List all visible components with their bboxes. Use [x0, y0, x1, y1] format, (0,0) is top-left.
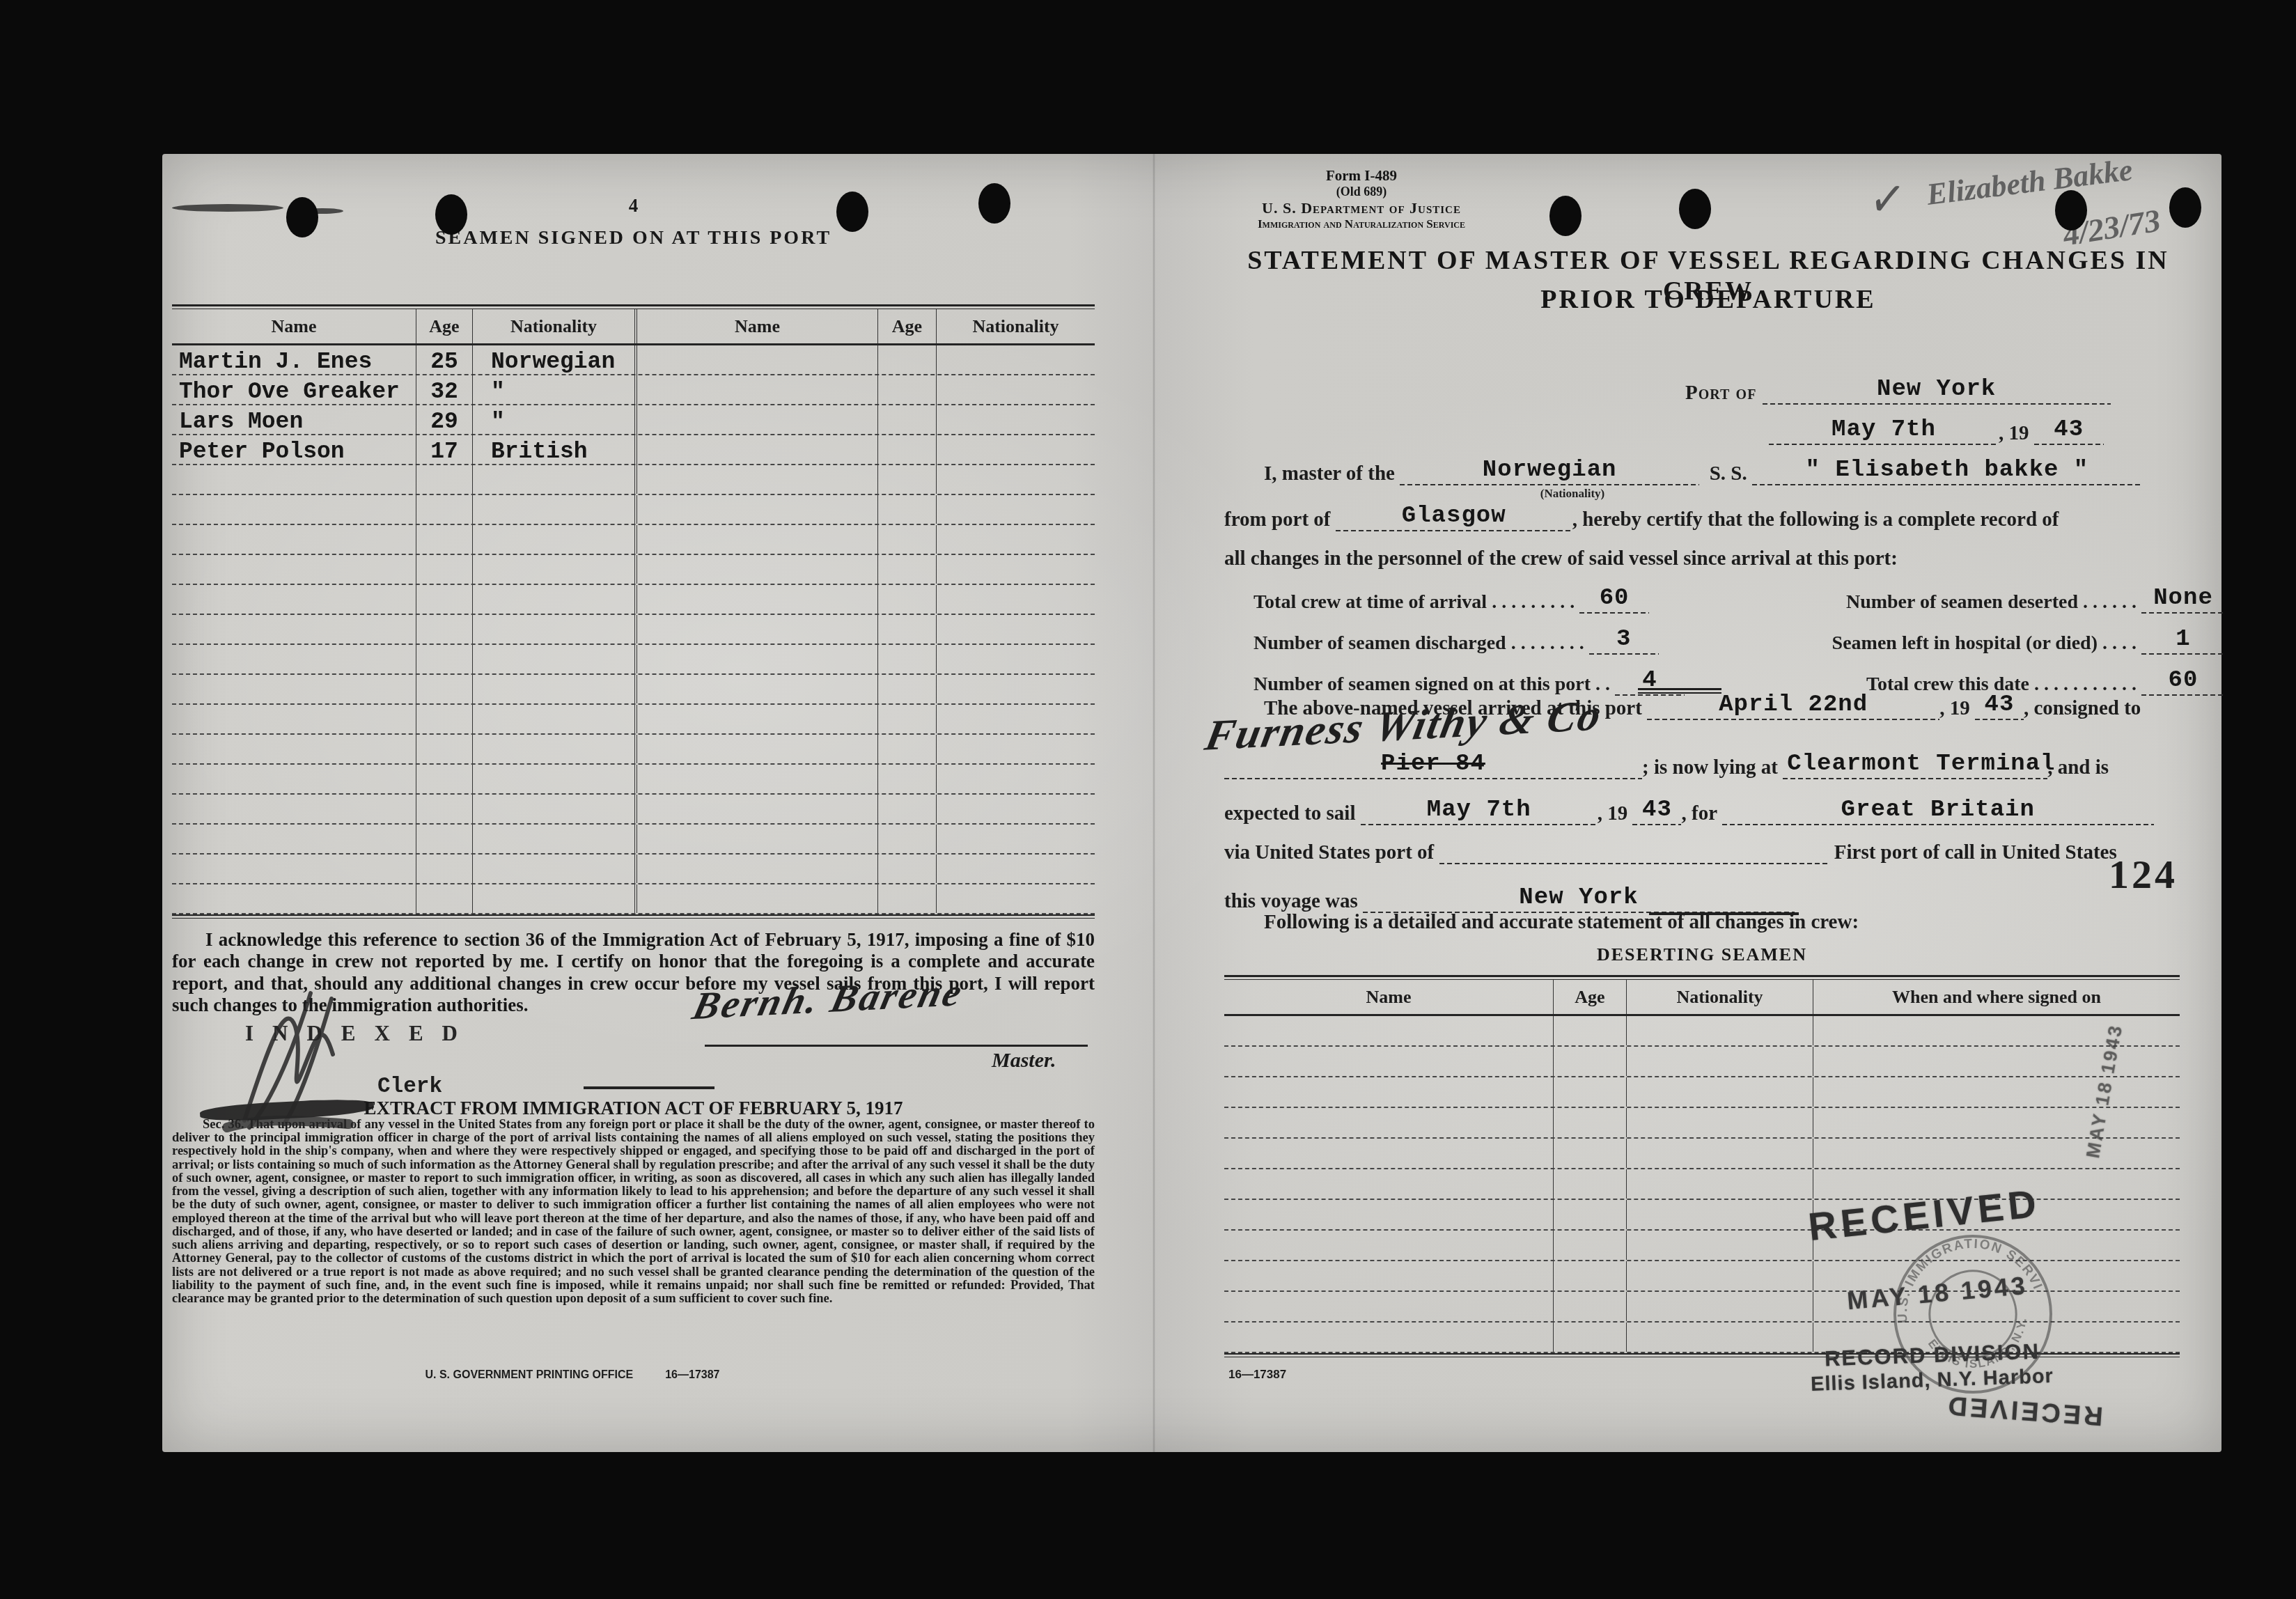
lying-at-field: Clearmont Terminal — [1783, 751, 2047, 779]
clerk-scribble-marks — [206, 985, 457, 1138]
seamen-table-row — [172, 585, 1095, 615]
changes-text: all changes in the personnel of the crew… — [1224, 547, 1898, 570]
port-of-label: Port of — [1685, 382, 1763, 405]
column-header-nationality: Nationality — [1626, 980, 1813, 1014]
seamen-table-row — [172, 765, 1095, 795]
stat-deserted: Number of seamen deserted . . . . . . No… — [1846, 585, 2225, 614]
punch-hole — [2055, 190, 2087, 231]
from-port-field: Glasgow — [1336, 503, 1572, 531]
paper-fold — [1153, 154, 1155, 1452]
seamen-table-row — [172, 735, 1095, 765]
column-header-age: Age — [416, 309, 472, 343]
voyage-label: this voyage was — [1224, 890, 1363, 913]
gpo-office-label: U. S. GOVERNMENT PRINTING OFFICE — [425, 1369, 634, 1382]
nationality-field: Norwegian — [1400, 457, 1699, 485]
sail-date-field: May 7th — [1361, 797, 1598, 825]
first-port-label: First port of call in United States — [1829, 841, 2117, 864]
voyage-line: this voyage was New York — [1224, 884, 1795, 913]
following-text: Following is a detailed and accurate sta… — [1264, 911, 1859, 934]
seamen-table-row — [172, 675, 1095, 705]
deserting-seamen-heading: DESERTING SEAMEN — [1224, 944, 2180, 965]
consigned-to-label: , consigned to — [2024, 697, 2141, 720]
arrival-year-field: 43 — [1975, 692, 2024, 720]
seamen-table-row — [172, 645, 1095, 675]
lying-at-line: Pier 84 ; is now lying at Clearmont Term… — [1224, 751, 2109, 779]
department-name: U. S. Department of Justice — [1229, 199, 1494, 217]
seamen-table-row — [172, 825, 1095, 855]
punch-hole — [435, 194, 467, 235]
table-bottom-rule — [172, 914, 1095, 919]
deserting-table-row — [1224, 1016, 2180, 1047]
seamen-table-row — [172, 884, 1095, 914]
deserting-table-row — [1224, 1047, 2180, 1077]
deserting-table-row — [1224, 1108, 2180, 1139]
port-of-line: Port of New York — [1685, 376, 2111, 405]
signature-line — [705, 1045, 1088, 1047]
form-header-block: Form I-489 (Old 689) U. S. Department of… — [1229, 167, 1494, 231]
via-port-line: via United States port of First port of … — [1224, 841, 2117, 864]
seamen-signed-on-table: Name Age Nationality Name Age Nationalit… — [172, 304, 1095, 919]
column-header-age: Age — [1553, 980, 1626, 1014]
seamen-table-row: Martin J. Enes25Norwegian — [172, 345, 1095, 375]
reference-number: 124 — [2109, 851, 2178, 898]
master-label: Master. — [992, 1049, 1056, 1072]
seamen-table-row — [172, 525, 1095, 555]
for-label: , for — [1681, 802, 1721, 825]
column-header-name: Name — [1224, 980, 1553, 1014]
column-header-nationality-2: Nationality — [936, 309, 1095, 343]
table-top-rule — [172, 304, 1095, 309]
column-header-signed-on: When and where signed on — [1813, 980, 2180, 1014]
seamen-table-row — [172, 795, 1095, 825]
deserting-table-row — [1224, 1139, 2180, 1169]
expected-sail-line: expected to sail May 7th , 19 43 , for G… — [1224, 797, 2154, 825]
punch-hole — [978, 183, 1010, 224]
seamen-table-row: Lars Moen29" — [172, 405, 1095, 435]
via-port-label: via United States port of — [1224, 841, 1439, 864]
stat-hospital: Seamen left in hospital (or died) . . . … — [1832, 626, 2225, 655]
column-header-age-2: Age — [877, 309, 936, 343]
stat-total-arrival: Total crew at time of arrival . . . . . … — [1254, 585, 1649, 614]
service-name: Immigration and Naturalization Service — [1229, 217, 1494, 231]
form-title-line2: PRIOR TO DEPARTURE — [1224, 284, 2192, 315]
stat-discharged: Number of seamen discharged . . . . . . … — [1254, 626, 1659, 655]
voyage-field: New York — [1363, 884, 1795, 913]
table-top-rule — [1224, 975, 2180, 980]
punch-hole — [1549, 196, 1582, 236]
seamen-table-row: Peter Polson17British — [172, 435, 1095, 465]
consignee-field: Pier 84 — [1224, 751, 1642, 779]
seamen-table-row — [172, 495, 1095, 525]
date-printed-prefix: , 19 — [1999, 422, 2034, 445]
via-port-field — [1439, 862, 1829, 864]
date-line: May 7th , 19 43 — [1769, 416, 2104, 445]
deserting-table-header: Name Age Nationality When and where sign… — [1224, 980, 2180, 1016]
master-intro-label: I, master of the — [1264, 462, 1400, 485]
from-port-label: from port of — [1224, 508, 1336, 531]
seamen-table-rows: Martin J. Enes25NorwegianThor Ove Greake… — [172, 345, 1095, 914]
seamen-table-row — [172, 705, 1095, 735]
seamen-table-row — [172, 555, 1095, 585]
punch-hole — [836, 192, 868, 232]
certify-text: , hereby certify that the following is a… — [1572, 508, 2059, 531]
expected-sail-label: expected to sail — [1224, 802, 1361, 825]
section-36-text: Sec. 36. That upon arrival of any vessel… — [172, 1118, 1095, 1306]
year-field: 43 — [2034, 416, 2104, 445]
deserting-table-row — [1224, 1077, 2180, 1108]
date-field: May 7th — [1769, 416, 1999, 445]
gpo-number: 16—17387 — [665, 1369, 719, 1382]
column-header-nationality: Nationality — [472, 309, 634, 343]
stats-row-1: Total crew at time of arrival . . . . . … — [1254, 572, 2225, 614]
lying-at-label: ; is now lying at — [1642, 756, 1783, 779]
changes-line: all changes in the personnel of the crew… — [1224, 547, 1898, 570]
seamen-table-row — [172, 855, 1095, 884]
from-port-line: from port of Glasgow , hereby certify th… — [1224, 503, 2059, 531]
seamen-table-row — [172, 615, 1095, 645]
crew-statistics: Total crew at time of arrival . . . . . … — [1254, 572, 2225, 696]
form-footer-number: 16—17387 — [1228, 1368, 1286, 1382]
scanned-crew-document: 4 SEAMEN SIGNED ON AT THIS PORT Name Age… — [0, 0, 2296, 1599]
sail-year-field: 43 — [1632, 797, 1681, 825]
following-line: Following is a detailed and accurate sta… — [1264, 911, 1859, 934]
vessel-name-field: " Elisabeth bakke " — [1752, 457, 2142, 485]
seamen-table-row — [172, 465, 1095, 495]
gpo-footer: U. S. GOVERNMENT PRINTING OFFICE 16—1738… — [172, 1369, 973, 1382]
seamen-table-header: Name Age Nationality Name Age Nationalit… — [172, 309, 1095, 345]
form-number-old: (Old 689) — [1229, 185, 1494, 199]
ss-label: S. S. — [1699, 462, 1752, 485]
nationality-caption: (Nationality) — [1496, 487, 1649, 501]
punch-hole — [1679, 189, 1711, 229]
section-divider-line — [584, 1086, 714, 1089]
seamen-table-row: Thor Ove Greaker32" — [172, 375, 1095, 405]
port-of-field: New York — [1763, 376, 2111, 405]
stats-row-2: Number of seamen discharged . . . . . . … — [1254, 614, 2225, 655]
form-number: Form I-489 — [1229, 167, 1494, 185]
master-of-vessel-line: I, master of the Norwegian S. S. " Elisa… — [1264, 457, 2142, 485]
punch-hole — [286, 197, 318, 237]
column-header-name-2: Name — [634, 309, 877, 343]
column-header-name: Name — [172, 309, 416, 343]
punch-hole — [2169, 187, 2201, 228]
destination-field: Great Britain — [1722, 797, 2154, 825]
